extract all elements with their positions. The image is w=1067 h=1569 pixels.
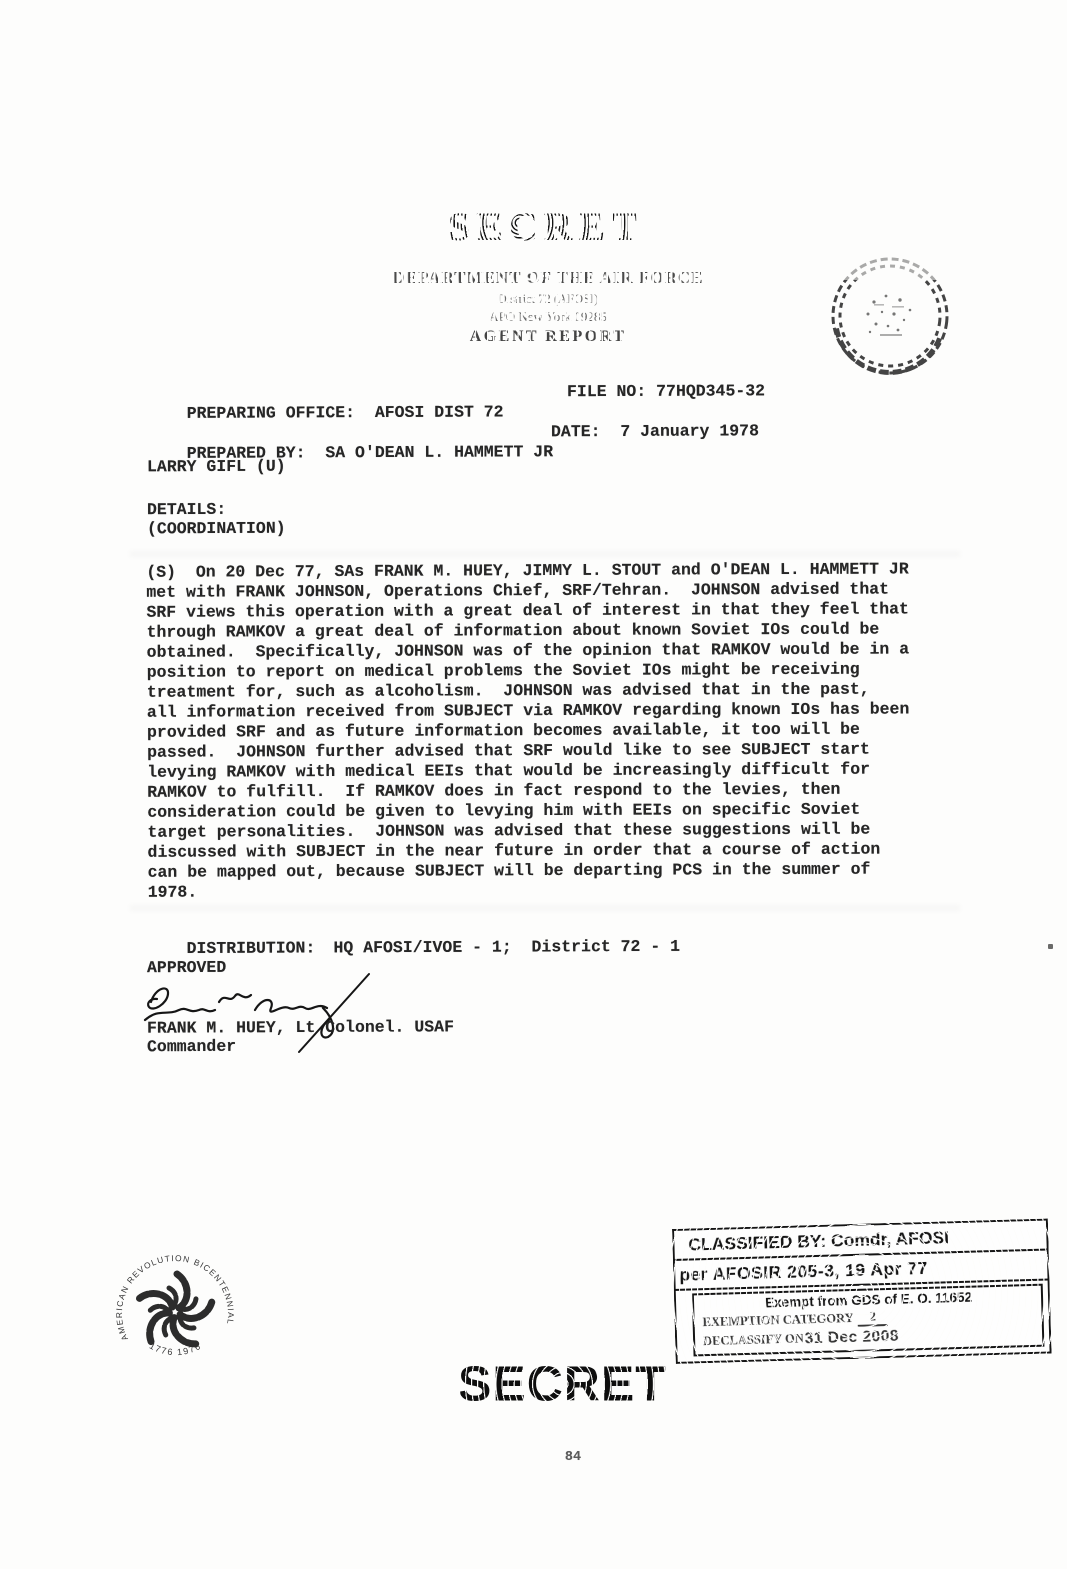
letterhead: DEPARTMENT OF THE AIR FORCE District 72 … bbox=[368, 268, 728, 346]
preparing-office: PREPARING OFFICE: AFOSI DIST 72 bbox=[187, 402, 504, 422]
scan-noise-band bbox=[130, 551, 960, 557]
document-page: SECRET DEPARTMENT OF THE AIR FORCE Distr… bbox=[0, 0, 1067, 1569]
bicentennial-arc-text: AMERICAN REVOLUTION BICENTENNIAL bbox=[103, 1248, 247, 1377]
letterhead-office-line: District 72 (AFOSI) bbox=[368, 292, 728, 307]
approver-title-line: Commander bbox=[147, 1037, 236, 1057]
scan-noise-band bbox=[130, 905, 960, 911]
bicentennial-star bbox=[137, 1274, 215, 1350]
subject-line: LARRY GIFL (U) bbox=[147, 457, 286, 478]
scan-artifact-dot bbox=[1048, 944, 1053, 949]
admin-row-1: PREPARING OFFICE: AFOSI DIST 72 FILE NO:… bbox=[147, 380, 1067, 404]
classification-stamp-box: CLASSIFIED BY: Comdr, AFOSI per AFOSIR 2… bbox=[672, 1219, 1052, 1364]
seal-stamp-icon bbox=[824, 254, 956, 380]
svg-text:AMERICAN REVOLUTION BICENTENNI: AMERICAN REVOLUTION BICENTENNIAL bbox=[103, 1248, 247, 1377]
exemption-box: Exempt from GDS of E. O. 11652 EXEMPTION… bbox=[692, 1284, 1045, 1357]
letterhead-address-line: APO New York 09285 bbox=[368, 309, 728, 325]
top-classification-stamp: SECRET bbox=[436, 203, 656, 250]
report-type-title: AGENT REPORT bbox=[368, 328, 728, 346]
file-no: FILE NO: 77HQD345-32 bbox=[567, 381, 765, 402]
report-date: DATE: 7 January 1978 bbox=[551, 421, 759, 442]
admin-row-2: PREPARED BY: SA O'DEAN L. HAMMETT JR DAT… bbox=[147, 420, 1067, 444]
bicentennial-logo-icon: AMERICAN REVOLUTION BICENTENNIAL 1776 19… bbox=[103, 1248, 249, 1388]
bottom-classification-stamp: SECRET bbox=[458, 1356, 667, 1413]
body-paragraph: (S) On 20 Dec 77, SAs FRANK M. HUEY, JIM… bbox=[146, 559, 962, 903]
letterhead-department: DEPARTMENT OF THE AIR FORCE bbox=[368, 268, 728, 288]
approver-name-line: FRANK M. HUEY, Lt Colonel. USAF bbox=[147, 1017, 454, 1038]
details-coordination: (COORDINATION) bbox=[147, 519, 286, 540]
page-number: 84 bbox=[548, 1448, 598, 1468]
details-label: DETAILS: bbox=[147, 500, 226, 520]
